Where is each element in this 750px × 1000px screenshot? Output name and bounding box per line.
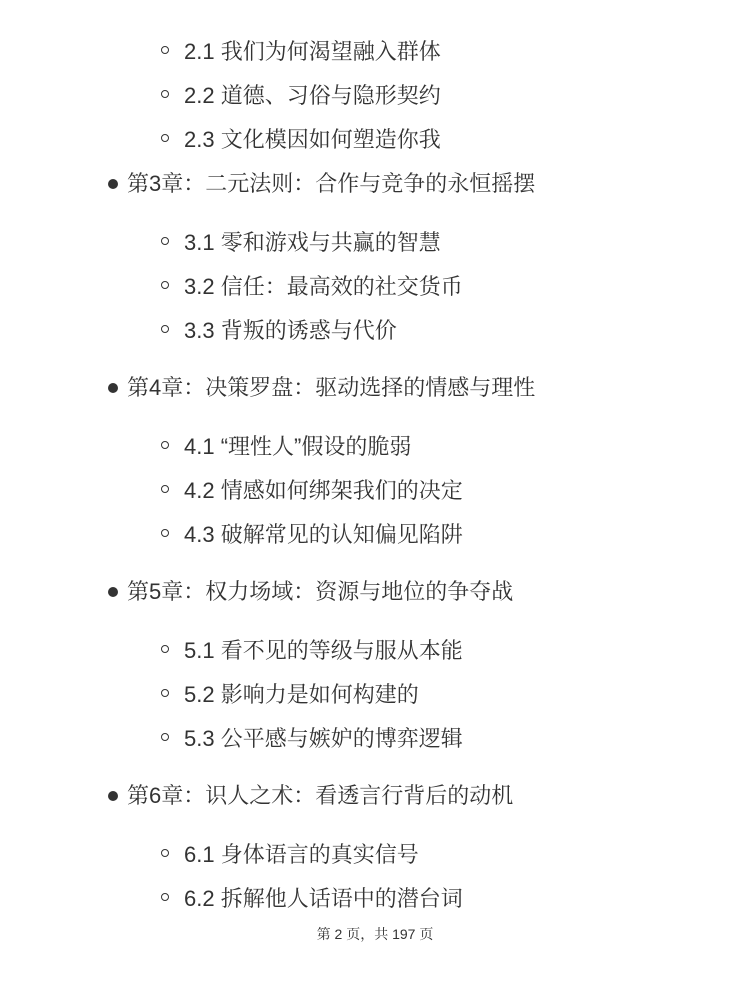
toc-item-label: 5.3 公平感与嫉妒的博弈逻辑 bbox=[184, 717, 463, 761]
toc-item-label: 5.1 看不见的等级与服从本能 bbox=[184, 629, 463, 673]
toc-item-3-2: 3.2 信任：最高效的社交货币 bbox=[184, 265, 750, 309]
toc-item-4-1: 4.1 “理性人”假设的脆弱 bbox=[184, 425, 750, 469]
toc-sublist-chapter-3: 3.1 零和游戏与共赢的智慧 3.2 信任：最高效的社交货币 3.3 背叛的诱惑… bbox=[127, 221, 750, 353]
toc-item-label: 4.1 “理性人”假设的脆弱 bbox=[184, 425, 411, 469]
bullet-circle-icon bbox=[161, 441, 169, 449]
toc-item-label: 2.3 文化模因如何塑造你我 bbox=[184, 118, 441, 162]
bullet-disc-icon bbox=[108, 791, 118, 801]
toc-item-label: 2.1 我们为何渴望融入群体 bbox=[184, 30, 441, 74]
toc-item-2-1: 2.1 我们为何渴望融入群体 bbox=[184, 30, 750, 74]
bullet-circle-icon bbox=[161, 90, 169, 98]
bullet-circle-icon bbox=[161, 849, 169, 857]
toc-chapter-title: 第5章：权力场域：资源与地位的争夺战 bbox=[127, 570, 513, 614]
toc-item-3-1: 3.1 零和游戏与共赢的智慧 bbox=[184, 221, 750, 265]
page-indicator: 第 2 页，共 197 页 bbox=[317, 926, 434, 942]
toc-item-4-2: 4.2 情感如何绑架我们的决定 bbox=[184, 469, 750, 513]
bullet-circle-icon bbox=[161, 893, 169, 901]
bullet-circle-icon bbox=[161, 529, 169, 537]
bullet-disc-icon bbox=[108, 587, 118, 597]
toc-chapter-6: 第6章：识人之术：看透言行背后的动机 6.1 身体语言的真实信号 6.2 拆解他… bbox=[127, 774, 750, 921]
bullet-disc-icon bbox=[108, 383, 118, 393]
toc-item-label: 6.1 身体语言的真实信号 bbox=[184, 833, 419, 877]
toc-item-6-1: 6.1 身体语言的真实信号 bbox=[184, 833, 750, 877]
bullet-circle-icon bbox=[161, 237, 169, 245]
toc-item-label: 6.2 拆解他人话语中的潜台词 bbox=[184, 877, 463, 921]
toc-item-3-3: 3.3 背叛的诱惑与代价 bbox=[184, 309, 750, 353]
toc-chapter-3: 第3章：二元法则：合作与竞争的永恒摇摆 3.1 零和游戏与共赢的智慧 3.2 信… bbox=[127, 162, 750, 353]
toc-chapter-title: 第4章：决策罗盘：驱动选择的情感与理性 bbox=[127, 366, 535, 410]
toc-sublist-chapter-2: 2.1 我们为何渴望融入群体 2.2 道德、习俗与隐形契约 2.3 文化模因如何… bbox=[127, 30, 750, 162]
bullet-disc-icon bbox=[108, 179, 118, 189]
toc-item-label: 2.2 道德、习俗与隐形契约 bbox=[184, 74, 441, 118]
bullet-circle-icon bbox=[161, 485, 169, 493]
toc-item-4-3: 4.3 破解常见的认知偏见陷阱 bbox=[184, 513, 750, 557]
toc-chapter-5: 第5章：权力场域：资源与地位的争夺战 5.1 看不见的等级与服从本能 5.2 影… bbox=[127, 570, 750, 761]
toc-chapter-4: 第4章：决策罗盘：驱动选择的情感与理性 4.1 “理性人”假设的脆弱 4.2 情… bbox=[127, 366, 750, 557]
toc-sublist-chapter-6: 6.1 身体语言的真实信号 6.2 拆解他人话语中的潜台词 bbox=[127, 833, 750, 921]
toc-sublist-chapter-4: 4.1 “理性人”假设的脆弱 4.2 情感如何绑架我们的决定 4.3 破解常见的… bbox=[127, 425, 750, 557]
bullet-circle-icon bbox=[161, 325, 169, 333]
toc-item-5-3: 5.3 公平感与嫉妒的博弈逻辑 bbox=[184, 717, 750, 761]
toc-chapter-title: 第3章：二元法则：合作与竞争的永恒摇摆 bbox=[127, 162, 535, 206]
toc-item-2-2: 2.2 道德、习俗与隐形契约 bbox=[184, 74, 750, 118]
toc-item-label: 3.3 背叛的诱惑与代价 bbox=[184, 309, 397, 353]
bullet-circle-icon bbox=[161, 281, 169, 289]
toc-item-label: 4.2 情感如何绑架我们的决定 bbox=[184, 469, 463, 513]
toc-item-5-1: 5.1 看不见的等级与服从本能 bbox=[184, 629, 750, 673]
bullet-circle-icon bbox=[161, 645, 169, 653]
document-page: 2.1 我们为何渴望融入群体 2.2 道德、习俗与隐形契约 2.3 文化模因如何… bbox=[0, 0, 750, 1000]
bullet-circle-icon bbox=[161, 46, 169, 54]
toc-list: 第3章：二元法则：合作与竞争的永恒摇摆 3.1 零和游戏与共赢的智慧 3.2 信… bbox=[0, 162, 750, 921]
toc-item-label: 4.3 破解常见的认知偏见陷阱 bbox=[184, 513, 463, 557]
toc-item-6-2: 6.2 拆解他人话语中的潜台词 bbox=[184, 877, 750, 921]
bullet-circle-icon bbox=[161, 733, 169, 741]
toc-item-2-3: 2.3 文化模因如何塑造你我 bbox=[184, 118, 750, 162]
toc-sublist-chapter-5: 5.1 看不见的等级与服从本能 5.2 影响力是如何构建的 5.3 公平感与嫉妒… bbox=[127, 629, 750, 761]
toc-item-5-2: 5.2 影响力是如何构建的 bbox=[184, 673, 750, 717]
bullet-circle-icon bbox=[161, 134, 169, 142]
bullet-circle-icon bbox=[161, 689, 169, 697]
toc-chapter-title: 第6章：识人之术：看透言行背后的动机 bbox=[127, 774, 513, 818]
toc-item-label: 5.2 影响力是如何构建的 bbox=[184, 673, 419, 717]
page-footer: 第 2 页，共 197 页 bbox=[0, 924, 750, 944]
toc-item-label: 3.1 零和游戏与共赢的智慧 bbox=[184, 221, 441, 265]
toc-item-label: 3.2 信任：最高效的社交货币 bbox=[184, 265, 463, 309]
